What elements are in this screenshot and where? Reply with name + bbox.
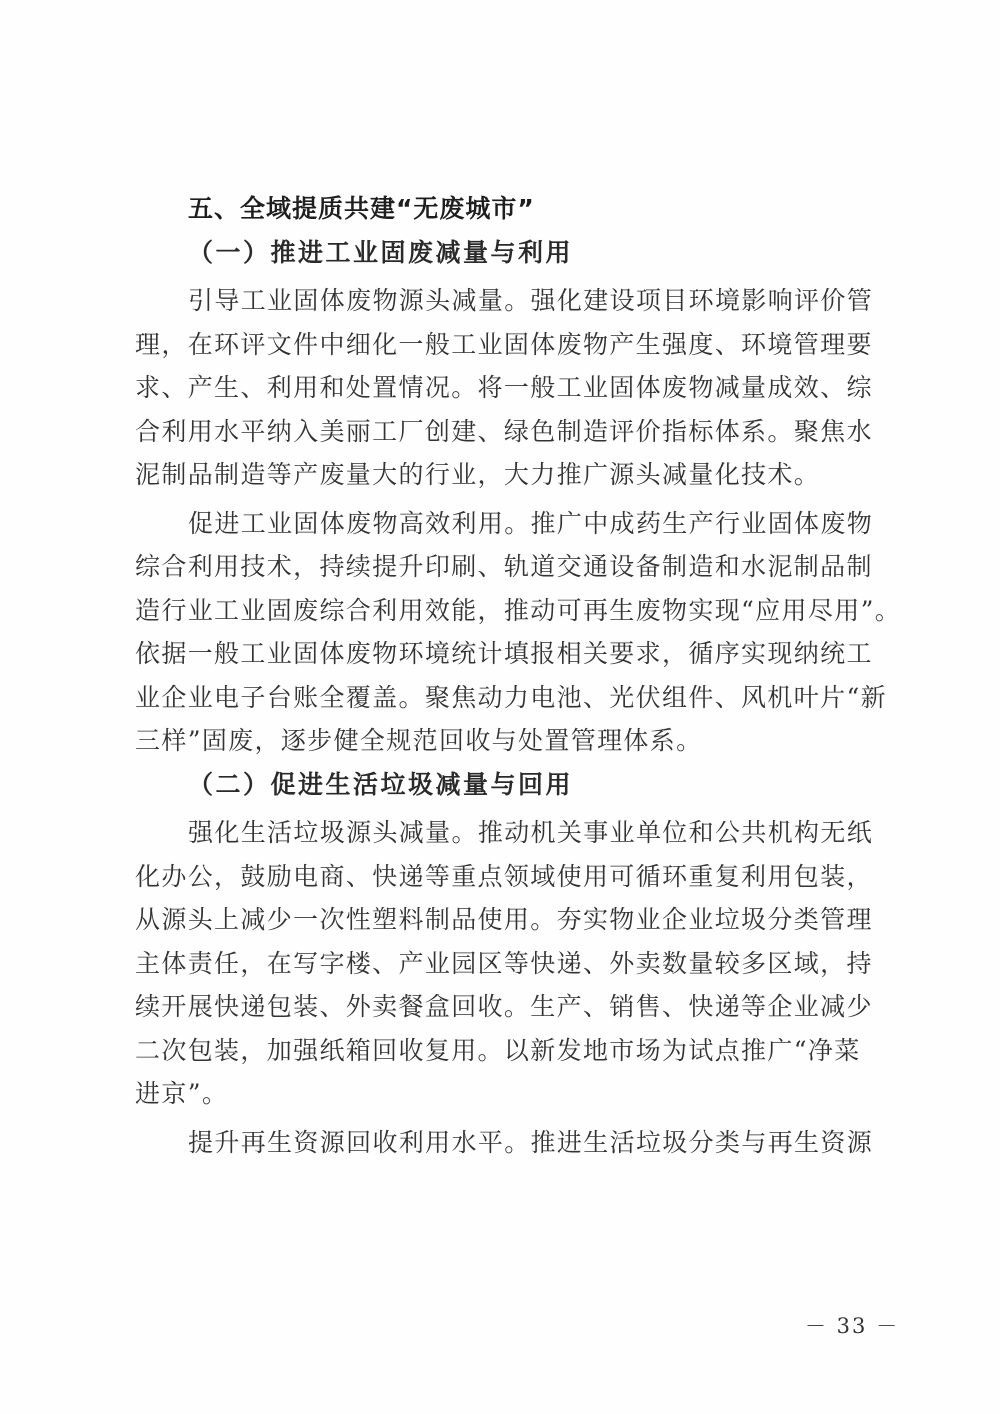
text-line: 从源头上减少一次性塑料制品使用。夯实物业企业垃圾分类管理 bbox=[135, 898, 880, 942]
paragraph-recycling-level: 提升再生资源回收利用水平。推进生活垃圾分类与再生资源 bbox=[135, 1121, 880, 1165]
text-line: 续开展快递包装、外卖餐盒回收。生产、销售、快递等企业减少 bbox=[135, 985, 880, 1029]
text-line: 强化生活垃圾源头减量。推动机关事业单位和公共机构无纸 bbox=[135, 811, 880, 855]
text-line: 提升再生资源回收利用水平。推进生活垃圾分类与再生资源 bbox=[135, 1121, 880, 1165]
paragraph-industrial-source-reduction: 引导工业固体废物源头减量。强化建设项目环境影响评价管 理，在环评文件中细化一般工… bbox=[135, 279, 880, 497]
page-content: 五、全域提质共建“无废城市” （一）推进工业固废减量与利用 引导工业固体废物源头… bbox=[135, 187, 880, 1164]
text-line: 主体责任，在写字楼、产业园区等快递、外卖数量较多区域，持 bbox=[135, 942, 880, 986]
text-line: 造行业工业固废综合利用效能，推动可再生废物实现“应用尽用”。 bbox=[135, 589, 880, 633]
subsection-title-1: （一）推进工业固废减量与利用 bbox=[135, 231, 880, 275]
text-line: 综合利用技术，持续提升印刷、轨道交通设备制造和水泥制品制 bbox=[135, 545, 880, 589]
text-line: 化办公，鼓励电商、快递等重点领域使用可循环重复利用包装， bbox=[135, 855, 880, 899]
paragraph-household-source-reduction: 强化生活垃圾源头减量。推动机关事业单位和公共机构无纸 化办公，鼓励电商、快递等重… bbox=[135, 811, 880, 1116]
text-line: 三样”固废，逐步健全规范回收与处置管理体系。 bbox=[135, 719, 880, 763]
text-line: 求、产生、利用和处置情况。将一般工业固体废物减量成效、综 bbox=[135, 366, 880, 410]
text-line: 业企业电子台账全覆盖。聚焦动力电池、光伏组件、风机叶片“新 bbox=[135, 676, 880, 720]
text-line: 依据一般工业固体废物环境统计填报相关要求，循序实现纳统工 bbox=[135, 632, 880, 676]
document-page: 五、全域提质共建“无废城市” （一）推进工业固废减量与利用 引导工业固体废物源头… bbox=[0, 0, 1000, 1414]
text-line: 促进工业固体废物高效利用。推广中成药生产行业固体废物 bbox=[135, 502, 880, 546]
text-line: 泥制品制造等产废量大的行业，大力推广源头减量化技术。 bbox=[135, 453, 880, 497]
paragraph-industrial-utilization: 促进工业固体废物高效利用。推广中成药生产行业固体废物 综合利用技术，持续提升印刷… bbox=[135, 502, 880, 763]
text-line: 理，在环评文件中细化一般工业固体废物产生强度、环境管理要 bbox=[135, 323, 880, 367]
text-line: 进京”。 bbox=[135, 1072, 880, 1116]
subsection-title-2: （二）促进生活垃圾减量与回用 bbox=[135, 763, 880, 807]
section-title: 五、全域提质共建“无废城市” bbox=[135, 187, 880, 231]
text-line: 二次包装，加强纸箱回收复用。以新发地市场为试点推广“净菜 bbox=[135, 1029, 880, 1073]
page-number: － 33 － bbox=[805, 1310, 899, 1340]
text-line: 引导工业固体废物源头减量。强化建设项目环境影响评价管 bbox=[135, 279, 880, 323]
text-line: 合利用水平纳入美丽工厂创建、绿色制造评价指标体系。聚焦水 bbox=[135, 410, 880, 454]
